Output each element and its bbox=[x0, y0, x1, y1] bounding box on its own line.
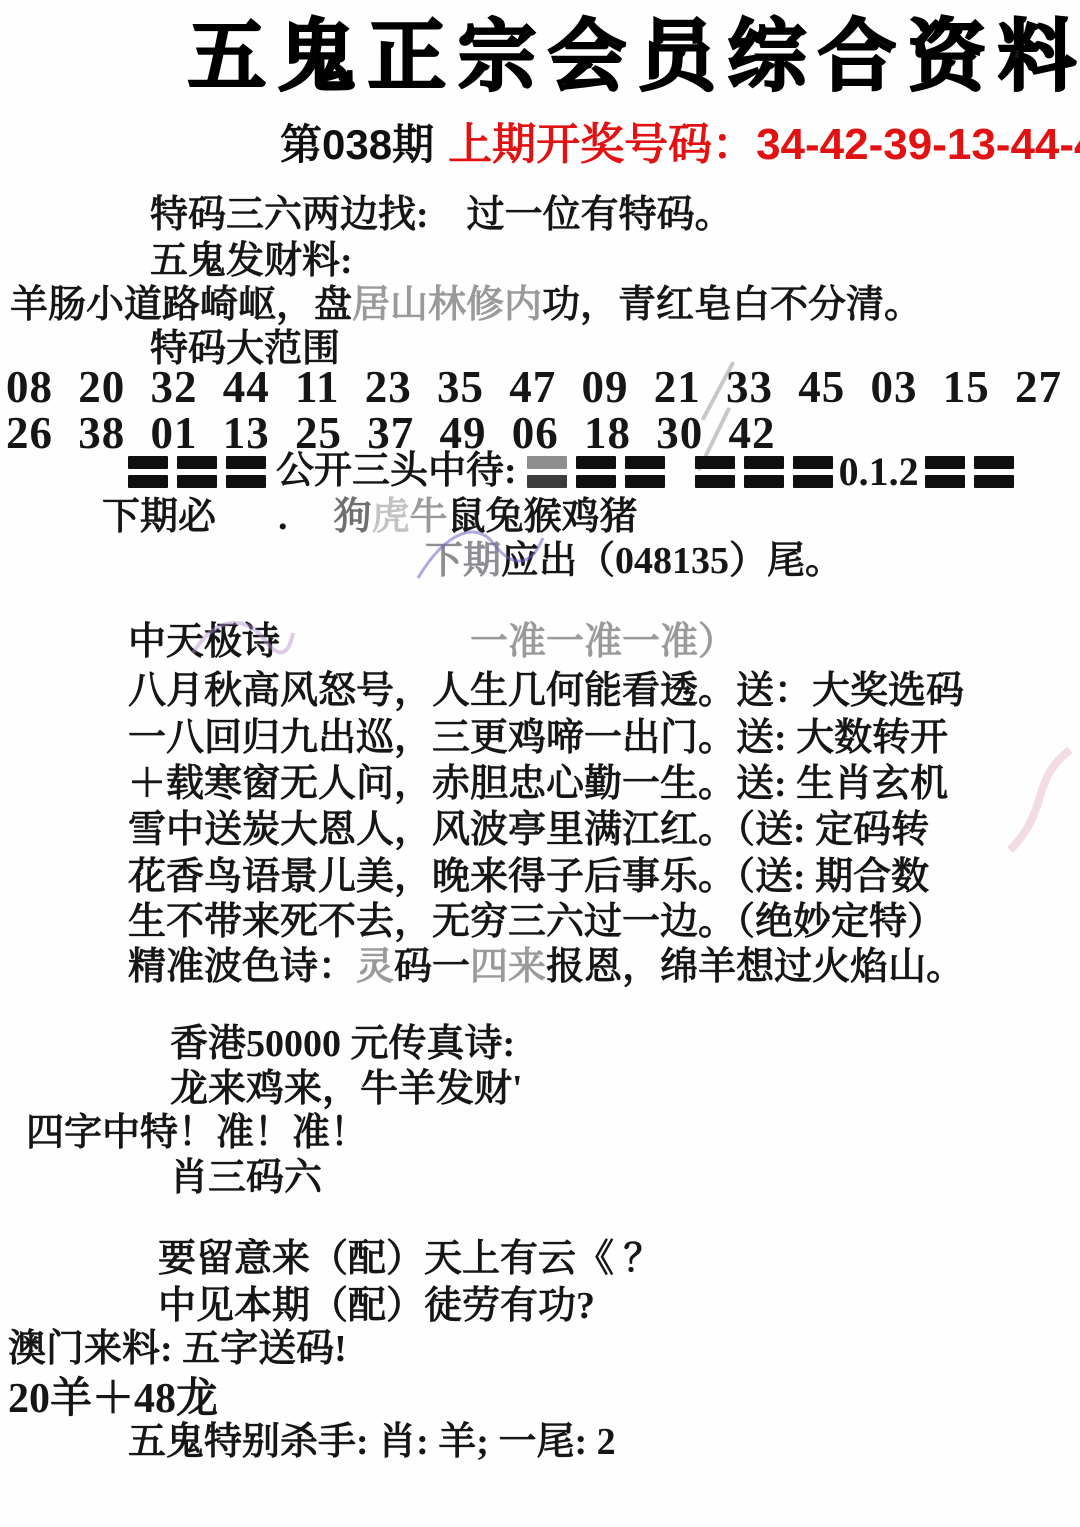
bose-part-c: 四来 bbox=[470, 946, 546, 988]
bose-part-d: 报恩，绵羊想过火焰山。 bbox=[546, 946, 964, 988]
macau-value: 五字送码! bbox=[182, 1328, 347, 1370]
bose-label: 精准波色诗： bbox=[128, 946, 356, 988]
three-heads-label: 公开三头中待: bbox=[276, 450, 517, 494]
double-bar-icon bbox=[177, 456, 217, 488]
poem-line-5: 花香鸟语景儿美，晚来得子后事乐。（送: 期合数 bbox=[128, 856, 929, 900]
notice-line-2: 中见本期（配）徒劳有功? bbox=[158, 1285, 595, 1329]
poem-line-4: 雪中送炭大恩人，风波亭里满江红。（送: 定码转 bbox=[128, 809, 929, 853]
poem-heading: 中天极诗 bbox=[128, 621, 280, 663]
fax-poem-line: 龙来鸡来，牛羊发财' bbox=[170, 1068, 523, 1112]
notice-line-1: 要留意来（配）天上有云《 ？ bbox=[158, 1238, 662, 1282]
next-period-zodiac-line: 下期必.狗虎牛鼠兔猴鸡猪 bbox=[102, 496, 638, 540]
facai-poem-part1: 羊肠小道路崎岖，盘 bbox=[10, 284, 352, 326]
poem-line-2: 一八回归九出巡，三更鸡啼一出门。送: 大数转开 bbox=[128, 717, 948, 761]
double-bar-icon bbox=[226, 456, 266, 488]
next-dot: . bbox=[278, 496, 288, 538]
double-bar-icon bbox=[527, 456, 567, 488]
tail-text: 应出（048135）尾。 bbox=[501, 540, 843, 582]
poem-heading-note: 一准一准一准） bbox=[470, 621, 736, 663]
lottery-info-sheet: 五鬼正宗会员综合资料 第038期上期开奖号码：34-42-39-13-44-45… bbox=[0, 0, 1080, 1527]
bar-glyph-group bbox=[128, 456, 266, 488]
killer-line: 五鬼特别杀手: 肖: 羊; 一尾: 2 bbox=[128, 1421, 616, 1465]
facai-poem-part2: 居山林修内 bbox=[352, 284, 542, 326]
facai-poem: 羊肠小道路崎岖，盘居山林修内功，青红皂白不分清。 bbox=[10, 284, 922, 328]
fax-title: 香港50000 元传真诗: bbox=[170, 1023, 515, 1067]
zodiac-tiger: 虎 bbox=[372, 496, 410, 538]
zodiac-dog: 狗 bbox=[334, 496, 372, 538]
facai-poem-part3: 功，青红皂白不分清。 bbox=[542, 284, 922, 326]
pink-smear-icon bbox=[990, 740, 1080, 860]
next-prefix: 下期必 bbox=[102, 496, 216, 538]
three-heads-line: 公开三头中待: 0.1.2 bbox=[128, 449, 1014, 495]
poem-line-3: ＋载寒窗无人问，赤胆忠心勤一生。送: 生肖玄机 bbox=[128, 763, 948, 807]
four-char-line: 四字中特！准！准！ bbox=[26, 1112, 368, 1156]
zodiac-ox: 牛 bbox=[410, 496, 448, 538]
macau-line: 澳门来料: 五字送码! bbox=[8, 1328, 347, 1372]
poem-line-6: 生不带来死不去，无穷三六过一边。（绝妙定特） bbox=[128, 901, 945, 945]
issue-line: 第038期上期开奖号码：34-42-39-13-44-45+43 bbox=[280, 120, 1080, 171]
issue-number: 第038期 bbox=[280, 121, 434, 168]
bose-part-b: 码一 bbox=[394, 946, 470, 988]
last-draw-numbers: 上期开奖号码：34-42-39-13-44-45+43 bbox=[448, 120, 1080, 169]
double-bar-icon bbox=[695, 456, 735, 488]
double-bar-icon bbox=[744, 456, 784, 488]
double-bar-icon bbox=[625, 456, 665, 488]
double-bar-icon bbox=[576, 456, 616, 488]
double-bar-icon bbox=[128, 456, 168, 488]
double-bar-icon bbox=[793, 456, 833, 488]
bar-glyph-group bbox=[925, 456, 1014, 488]
double-bar-icon bbox=[974, 456, 1014, 488]
bose-part-a: 灵 bbox=[356, 946, 394, 988]
zodiac-pair-line: 20羊＋48龙 bbox=[8, 1375, 218, 1423]
double-bar-icon bbox=[925, 456, 965, 488]
bose-poem-line: 精准波色诗：灵码一四来报恩，绵羊想过火焰山。 bbox=[128, 946, 964, 990]
tail-prediction-line: 下期应出（048135）尾。 bbox=[425, 540, 843, 584]
bar-glyph-group bbox=[527, 456, 665, 488]
bar-glyph-group bbox=[695, 456, 833, 488]
special-code-tip: 特码三六两边找: 过一位有特码。 bbox=[150, 194, 733, 238]
three-heads-value: 0.1.2 bbox=[839, 449, 919, 495]
numbers-row-1: 08 20 32 44 11 23 35 47 09 21 33 45 03 1… bbox=[6, 362, 1080, 414]
poem-line-1: 八月秋高风怒号，人生几何能看透。送：大奖选码 bbox=[128, 670, 964, 714]
macau-label: 澳门来料: bbox=[8, 1328, 182, 1370]
page-title: 五鬼正宗会员综合资料 bbox=[188, 12, 1080, 102]
poem-heading-line: 中天极诗一准一准一准） bbox=[128, 621, 736, 665]
zodiac-rest: 鼠兔猴鸡猪 bbox=[448, 496, 638, 538]
xiao-code-line: 肖三码六 bbox=[170, 1157, 322, 1201]
tail-prefix: 下期 bbox=[425, 540, 501, 582]
facai-label: 五鬼发财料: bbox=[150, 240, 353, 284]
